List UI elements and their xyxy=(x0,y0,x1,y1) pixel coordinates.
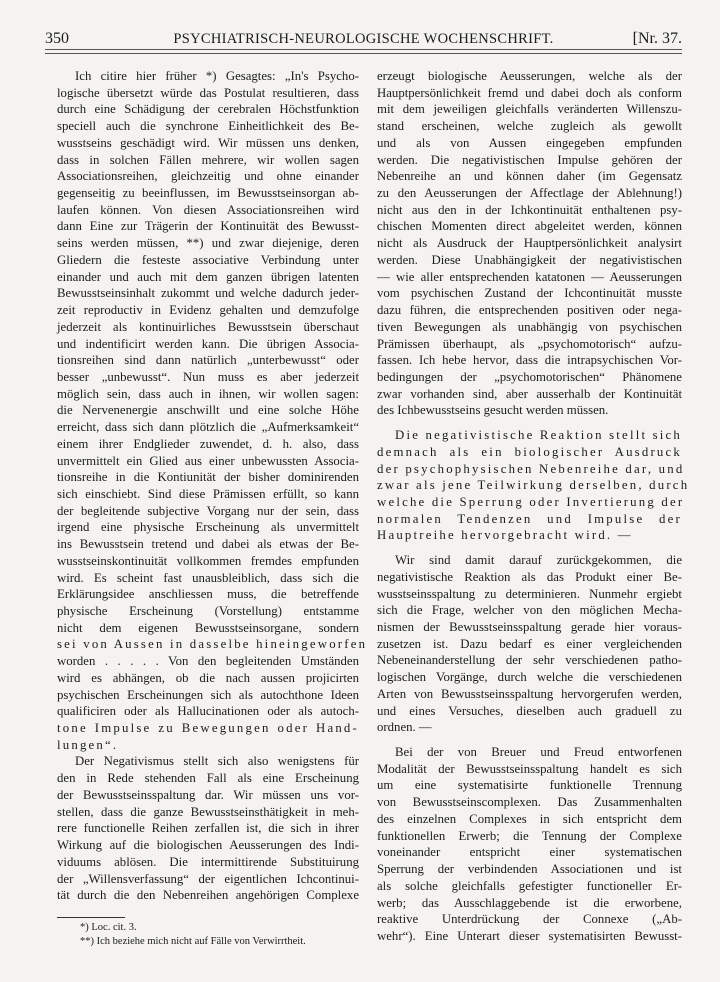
text-line: und als von Aussen eingegeben empfunden xyxy=(377,135,682,152)
text-line: der Bewusstseinsspaltung dar. Wir müssen… xyxy=(57,787,359,804)
text-line: einem ihrer Endglieder zuwendet, d. h. a… xyxy=(57,436,359,453)
text-line: logische übersetzt würde das Postulat re… xyxy=(57,85,359,102)
text-line: Associationsreihen, gleichzeitig und ohn… xyxy=(57,168,359,185)
text-line: stand erscheinen, welche zugleich als ge… xyxy=(377,118,682,135)
text-line-spaced: Hauptreihe hervorgebracht wird. — xyxy=(377,527,682,544)
text-line: gegenseitig zu beeinflussen, im Bewussts… xyxy=(57,185,359,202)
text-line: tionsreihen sind dann natürlich „unterbe… xyxy=(57,352,359,369)
text-line: mit dem jeweiligen gleichfalls verändert… xyxy=(377,101,682,118)
text-line: sich die Frage, welcher von den mögliche… xyxy=(377,602,682,619)
text-line: und indentificirt werden kann. Die übrig… xyxy=(57,336,359,353)
text-line: wusstseins geschädigt wird. Wir müssen u… xyxy=(57,135,359,152)
text-line-spaced: welche die Sperrung oder Invertierung de… xyxy=(377,494,682,511)
text-line: viduums ablösen. Die intermittirende Sub… xyxy=(57,854,359,871)
text-line: Nebeneinanderstellung der sehr verschied… xyxy=(377,652,682,669)
text-line: einander und auch mit dem ganzen übrigen… xyxy=(57,269,359,286)
text-line: funktionellen Erwerb; die Tennung der Co… xyxy=(377,828,682,845)
text-line: Der Negativismus stellt sich also wenigs… xyxy=(57,753,359,770)
text-line: nicht als Ausdruck der Hauptpersönlichke… xyxy=(377,235,682,252)
text-line: laufen können. Von diesen Associationsre… xyxy=(57,202,359,219)
text-line: erzeugt biologische Aeusserungen, welche… xyxy=(377,68,682,85)
right-column: erzeugt biologische Aeusserungen, welche… xyxy=(377,68,682,945)
text-line: chischen Momenten direct abgeleitet werd… xyxy=(377,218,682,235)
text-line: wusstseinskontinuität vollkommen fremdes… xyxy=(57,553,359,570)
issue-number: [Nr. 37. xyxy=(633,30,682,48)
journal-page: 350 PSYCHIATRISCH-NEUROLOGISCHE WOCHENSC… xyxy=(0,0,720,982)
text-line-spaced: normalen Tendenzen und Impulse der xyxy=(377,511,682,528)
text-line: Modalität der Bewusstseinsspaltung hande… xyxy=(377,761,682,778)
text-line: Wir sind damit darauf zurückgekommen, di… xyxy=(377,552,682,569)
text-line: Bei der von Breuer und Freud entworfenen xyxy=(377,744,682,761)
text-line: logischen Vorgänge, durch welche die ver… xyxy=(377,669,682,686)
text-line: als solche gleichfalls gefestigter funct… xyxy=(377,878,682,895)
text-line: von Bewusstseinscomplexen. Das Zusammenh… xyxy=(377,794,682,811)
text-line: irgend eine physische Erscheinung als un… xyxy=(57,519,359,536)
text-line: unvermittelt ein Glied aus einer unbewus… xyxy=(57,453,359,470)
text-line: zusetzen ist. Dazu bedarf es einer vergl… xyxy=(377,636,682,653)
text-line: zwar vorhanden sind, aber ausserhalb der… xyxy=(377,386,682,403)
text-line: psychischen Erscheinungen sich als autoc… xyxy=(57,687,359,704)
text-line: ins Bewusstsein tretend und dabei als et… xyxy=(57,536,359,553)
text-line: physische Erscheinung (Vorstellung) ents… xyxy=(57,603,359,620)
text-line: erreicht, dass sich dann plötzlich die „… xyxy=(57,419,359,436)
text-line: Hauptpersönlichkeit fremd und dabei doch… xyxy=(377,85,682,102)
text-line: negativistische Reaktion als das Produkt… xyxy=(377,569,682,586)
text-line: nismen der Bewusstseinsspaltung gerade h… xyxy=(377,619,682,636)
text-line: dazu führen, die entsprechenden positive… xyxy=(377,302,682,319)
running-header: 350 PSYCHIATRISCH-NEUROLOGISCHE WOCHENSC… xyxy=(45,30,682,50)
text-line: nicht aus den in der Ichkontinuität enth… xyxy=(377,202,682,219)
header-rule xyxy=(45,49,682,54)
left-column: Ich citire hier früher *) Gesagtes: „In'… xyxy=(57,68,359,904)
text-line: zu den Aeusserungen der Affectlage der A… xyxy=(377,185,682,202)
text-line-spaced: Die negativistische Reaktion stellt sich xyxy=(377,427,682,444)
footnote-rule xyxy=(57,917,125,918)
text-line: wird es abhängen, ob die nach aussen pro… xyxy=(57,670,359,687)
text-line: die Nervenenergie anschwillt und eine so… xyxy=(57,402,359,419)
text-line: Wirkung auf die biologischen Aeusserunge… xyxy=(57,837,359,854)
text-line-spaced: der psychophysischen Nebenreihe dar, und xyxy=(377,461,682,478)
text-line: Prämissen überhaupt, als „psychomotorisc… xyxy=(377,336,682,353)
footnote: **) Ich beziehe mich nicht auf Fälle von… xyxy=(80,935,306,949)
text-line: tiven Bewegungen als unabhängig von psyc… xyxy=(377,319,682,336)
text-line: um eine systematisirte funktionelle Tren… xyxy=(377,777,682,794)
text-line: tät durch die den Nebenreihen angehörige… xyxy=(57,887,359,904)
text-line: Nebenreihe an und können daher (im Gegen… xyxy=(377,168,682,185)
text-line: fassen. Ich hebe hervor, dass die intrap… xyxy=(377,352,682,369)
text-line: durch eine Schädigung der cerebralen Höc… xyxy=(57,101,359,118)
text-line: dann Eine zur Trägerin der Kontinuität d… xyxy=(57,218,359,235)
text-line: wusstseinsspaltung zu determinieren. Nun… xyxy=(377,586,682,603)
text-line: Sperrung der verbindenden Associationen … xyxy=(377,861,682,878)
text-line: werb; das Ausschlaggebende ist die erwor… xyxy=(377,895,682,912)
text-line: sich einschiebt. Sind diese Prämissen er… xyxy=(57,486,359,503)
text-line: Bewusstseinsinhalt zukommt und welche da… xyxy=(57,285,359,302)
text-line: seins werden müssen, **) und zwar diejen… xyxy=(57,235,359,252)
text-line-spaced: zwar als jene Teilwirkung derselben, dur… xyxy=(377,477,682,494)
text-line: qualificiren oder als Hallucinationen od… xyxy=(57,703,359,720)
text-line: Arten von Bewusstseinsspaltung hervorger… xyxy=(377,686,682,703)
text-line: Ich citire hier früher *) Gesagtes: „In'… xyxy=(57,68,359,85)
text-line: stellen, dass die ganze Bewusstseinsthät… xyxy=(57,804,359,821)
text-line: speciell auch die synchrone Einheitlichk… xyxy=(57,118,359,135)
text-line: werden. Die negativistischen Impulse geh… xyxy=(377,152,682,169)
text-line: des einzelnen Complexes in sich entspric… xyxy=(377,811,682,828)
text-line-spaced: tone Impulse zu Bewegungen oder Hand- xyxy=(57,720,359,737)
text-line: jederzeit als kontinuirliches Bewusstsei… xyxy=(57,319,359,336)
text-line: rere functionelle Reihen zerfallen ist, … xyxy=(57,820,359,837)
text-line-spaced: demnach als ein biologischer Ausdruck xyxy=(377,444,682,461)
text-line: wehr“). Eine Unterart dieser systematisi… xyxy=(377,928,682,945)
text-line: des Ichbewusstseins gesucht werden müsse… xyxy=(377,402,682,419)
text-line: besser „unbewusst“. Nun muss es aber jed… xyxy=(57,369,359,386)
text-line: — wie aller entsprechenden katatonen — A… xyxy=(377,269,682,286)
text-line: der begleitende subjective Vorgang nur d… xyxy=(57,503,359,520)
text-line: worden . . . . . Von den begleitenden Um… xyxy=(57,653,359,670)
text-line: bedingungen der „psychomotorischen“ Phän… xyxy=(377,369,682,386)
text-line: Gliedern die festeste associative Verbin… xyxy=(57,252,359,269)
text-line: Erklärungsidee anschliessen muss, die be… xyxy=(57,586,359,603)
footnote: *) Loc. cit. 3. xyxy=(80,921,306,935)
text-line-spaced: sei von Aussen in dasselbe hineingeworfe… xyxy=(57,636,359,653)
text-line: dass in solchen Fällen mehrere, wir woll… xyxy=(57,152,359,169)
text-line-spaced: lungen“. xyxy=(57,737,359,754)
text-line: möglich sein, dass auch in ihnen, wir wo… xyxy=(57,386,359,403)
text-line: ordnen. — xyxy=(377,719,682,736)
text-line: der „Willensverfassung“ der eigentlichen… xyxy=(57,871,359,888)
text-line: reaktive Unterdrückung der Connexe („Ab- xyxy=(377,911,682,928)
footnotes: *) Loc. cit. 3. **) Ich beziehe mich nic… xyxy=(80,921,306,949)
text-line: voneinander entspricht einer systematisc… xyxy=(377,844,682,861)
text-line: werden. Diese Unabhängigkeit der negativ… xyxy=(377,252,682,269)
journal-title: PSYCHIATRISCH-NEUROLOGISCHE WOCHENSCHRIF… xyxy=(45,31,682,48)
text-line: und eines Versuches, dieselben auch grad… xyxy=(377,703,682,720)
text-line: den in Rede stehenden Fall als eine Ersc… xyxy=(57,770,359,787)
text-line: vom psychischen Zustand der Ichcontinuit… xyxy=(377,285,682,302)
text-line: wird. Es scheint fast unausbleiblich, da… xyxy=(57,570,359,587)
text-line: zeit reproductiv in Evidenz gehalten und… xyxy=(57,302,359,319)
text-line: nicht dem eigenen Bewusstseinsorgane, so… xyxy=(57,620,359,637)
text-line: tionsreihe in die Kontiunität der bisher… xyxy=(57,469,359,486)
